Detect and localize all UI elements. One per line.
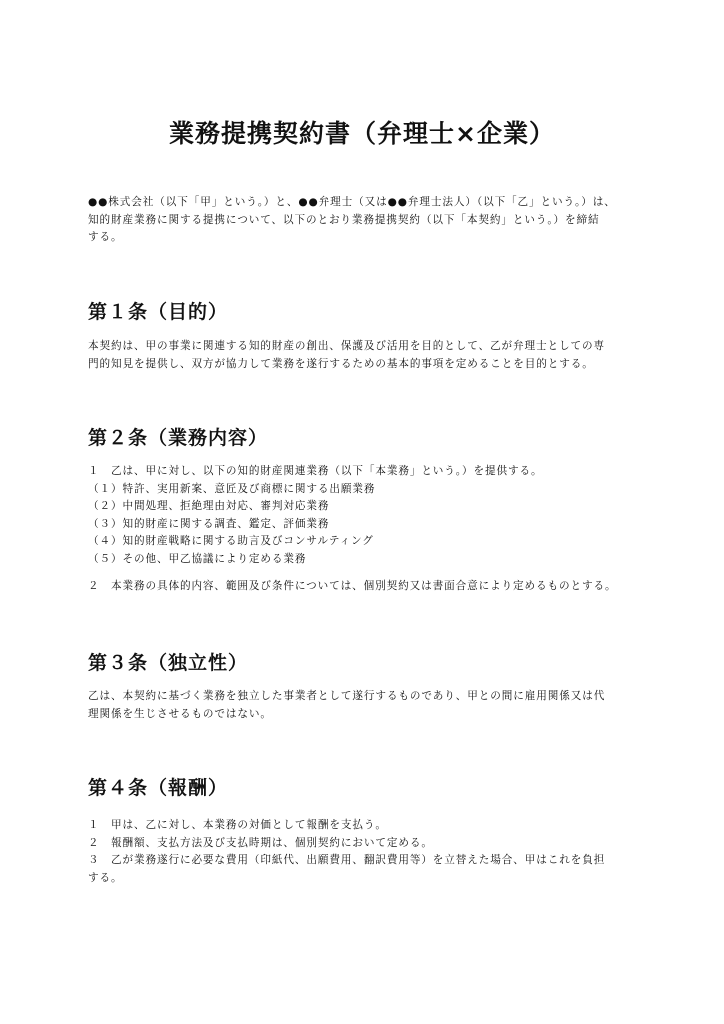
list-item: （４）知的財産戦略に関する助言及びコンサルティング — [88, 533, 648, 551]
article-line: １ 乙は、甲に対し、以下の知的財産関連業務（以下「本業務」という。）を提供する。 — [88, 463, 648, 481]
article-1-body: 本契約は、甲の事業に関連する知的財産の創出、保護及び活用を目的として、乙が弁理士… — [88, 338, 648, 373]
article-1-heading: 第１条（目的） — [88, 298, 228, 326]
article-3-heading: 第３条（独立性） — [88, 649, 248, 677]
document-title: 業務提携契約書（弁理士×企業） — [0, 116, 724, 152]
document-page: 業務提携契約書（弁理士×企業） ●●株式会社（以下「甲」という。）と、●●弁理士… — [0, 0, 724, 1024]
preamble-line: ●●株式会社（以下「甲」という。）と、●●弁理士（又は●●弁理士法人）（以下「乙… — [88, 194, 648, 212]
article-4-body: １ 甲は、乙に対し、本業務の対価として報酬を支払う。 ２ 報酬額、支払方法及び支… — [88, 817, 648, 887]
preamble-line: する。 — [88, 229, 648, 247]
article-line: １ 甲は、乙に対し、本業務の対価として報酬を支払う。 — [88, 817, 648, 835]
preamble-line: 知的財産業務に関する提携について、以下のとおり業務提携契約（以下「本契約」という… — [88, 212, 648, 230]
article-line: ３ 乙が業務遂行に必要な費用（印紙代、出願費用、翻訳費用等）を立替えた場合、甲は… — [88, 852, 648, 870]
article-line: する。 — [88, 870, 648, 888]
article-2-body: １ 乙は、甲に対し、以下の知的財産関連業務（以下「本業務」という。）を提供する。… — [88, 463, 648, 568]
article-3-body: 乙は、本契約に基づく業務を独立した事業者として遂行するものであり、甲との間に雇用… — [88, 688, 648, 723]
list-item: （１）特許、実用新案、意匠及び商標に関する出願業務 — [88, 481, 648, 499]
list-item: （２）中間処理、拒絶理由対応、審判対応業務 — [88, 498, 648, 516]
article-line: 本契約は、甲の事業に関連する知的財産の創出、保護及び活用を目的として、乙が弁理士… — [88, 338, 648, 356]
article-2-heading: 第２条（業務内容） — [88, 424, 268, 452]
article-line: 門的知見を提供し、双方が協力して業務を遂行するための基本的事項を定めることを目的… — [88, 356, 648, 374]
article-2-clause-2: ２ 本業務の具体的内容、範囲及び条件については、個別契約又は書面合意により定める… — [88, 578, 648, 596]
article-line: 理関係を生じさせるものではない。 — [88, 706, 648, 724]
article-line: ２ 報酬額、支払方法及び支払時期は、個別契約において定める。 — [88, 835, 648, 853]
article-line: ２ 本業務の具体的内容、範囲及び条件については、個別契約又は書面合意により定める… — [88, 578, 648, 596]
list-item: （５）その他、甲乙協議により定める業務 — [88, 551, 648, 569]
list-item: （３）知的財産に関する調査、鑑定、評価業務 — [88, 516, 648, 534]
preamble: ●●株式会社（以下「甲」という。）と、●●弁理士（又は●●弁理士法人）（以下「乙… — [88, 194, 648, 247]
article-4-heading: 第４条（報酬） — [88, 774, 228, 802]
article-line: 乙は、本契約に基づく業務を独立した事業者として遂行するものであり、甲との間に雇用… — [88, 688, 648, 706]
